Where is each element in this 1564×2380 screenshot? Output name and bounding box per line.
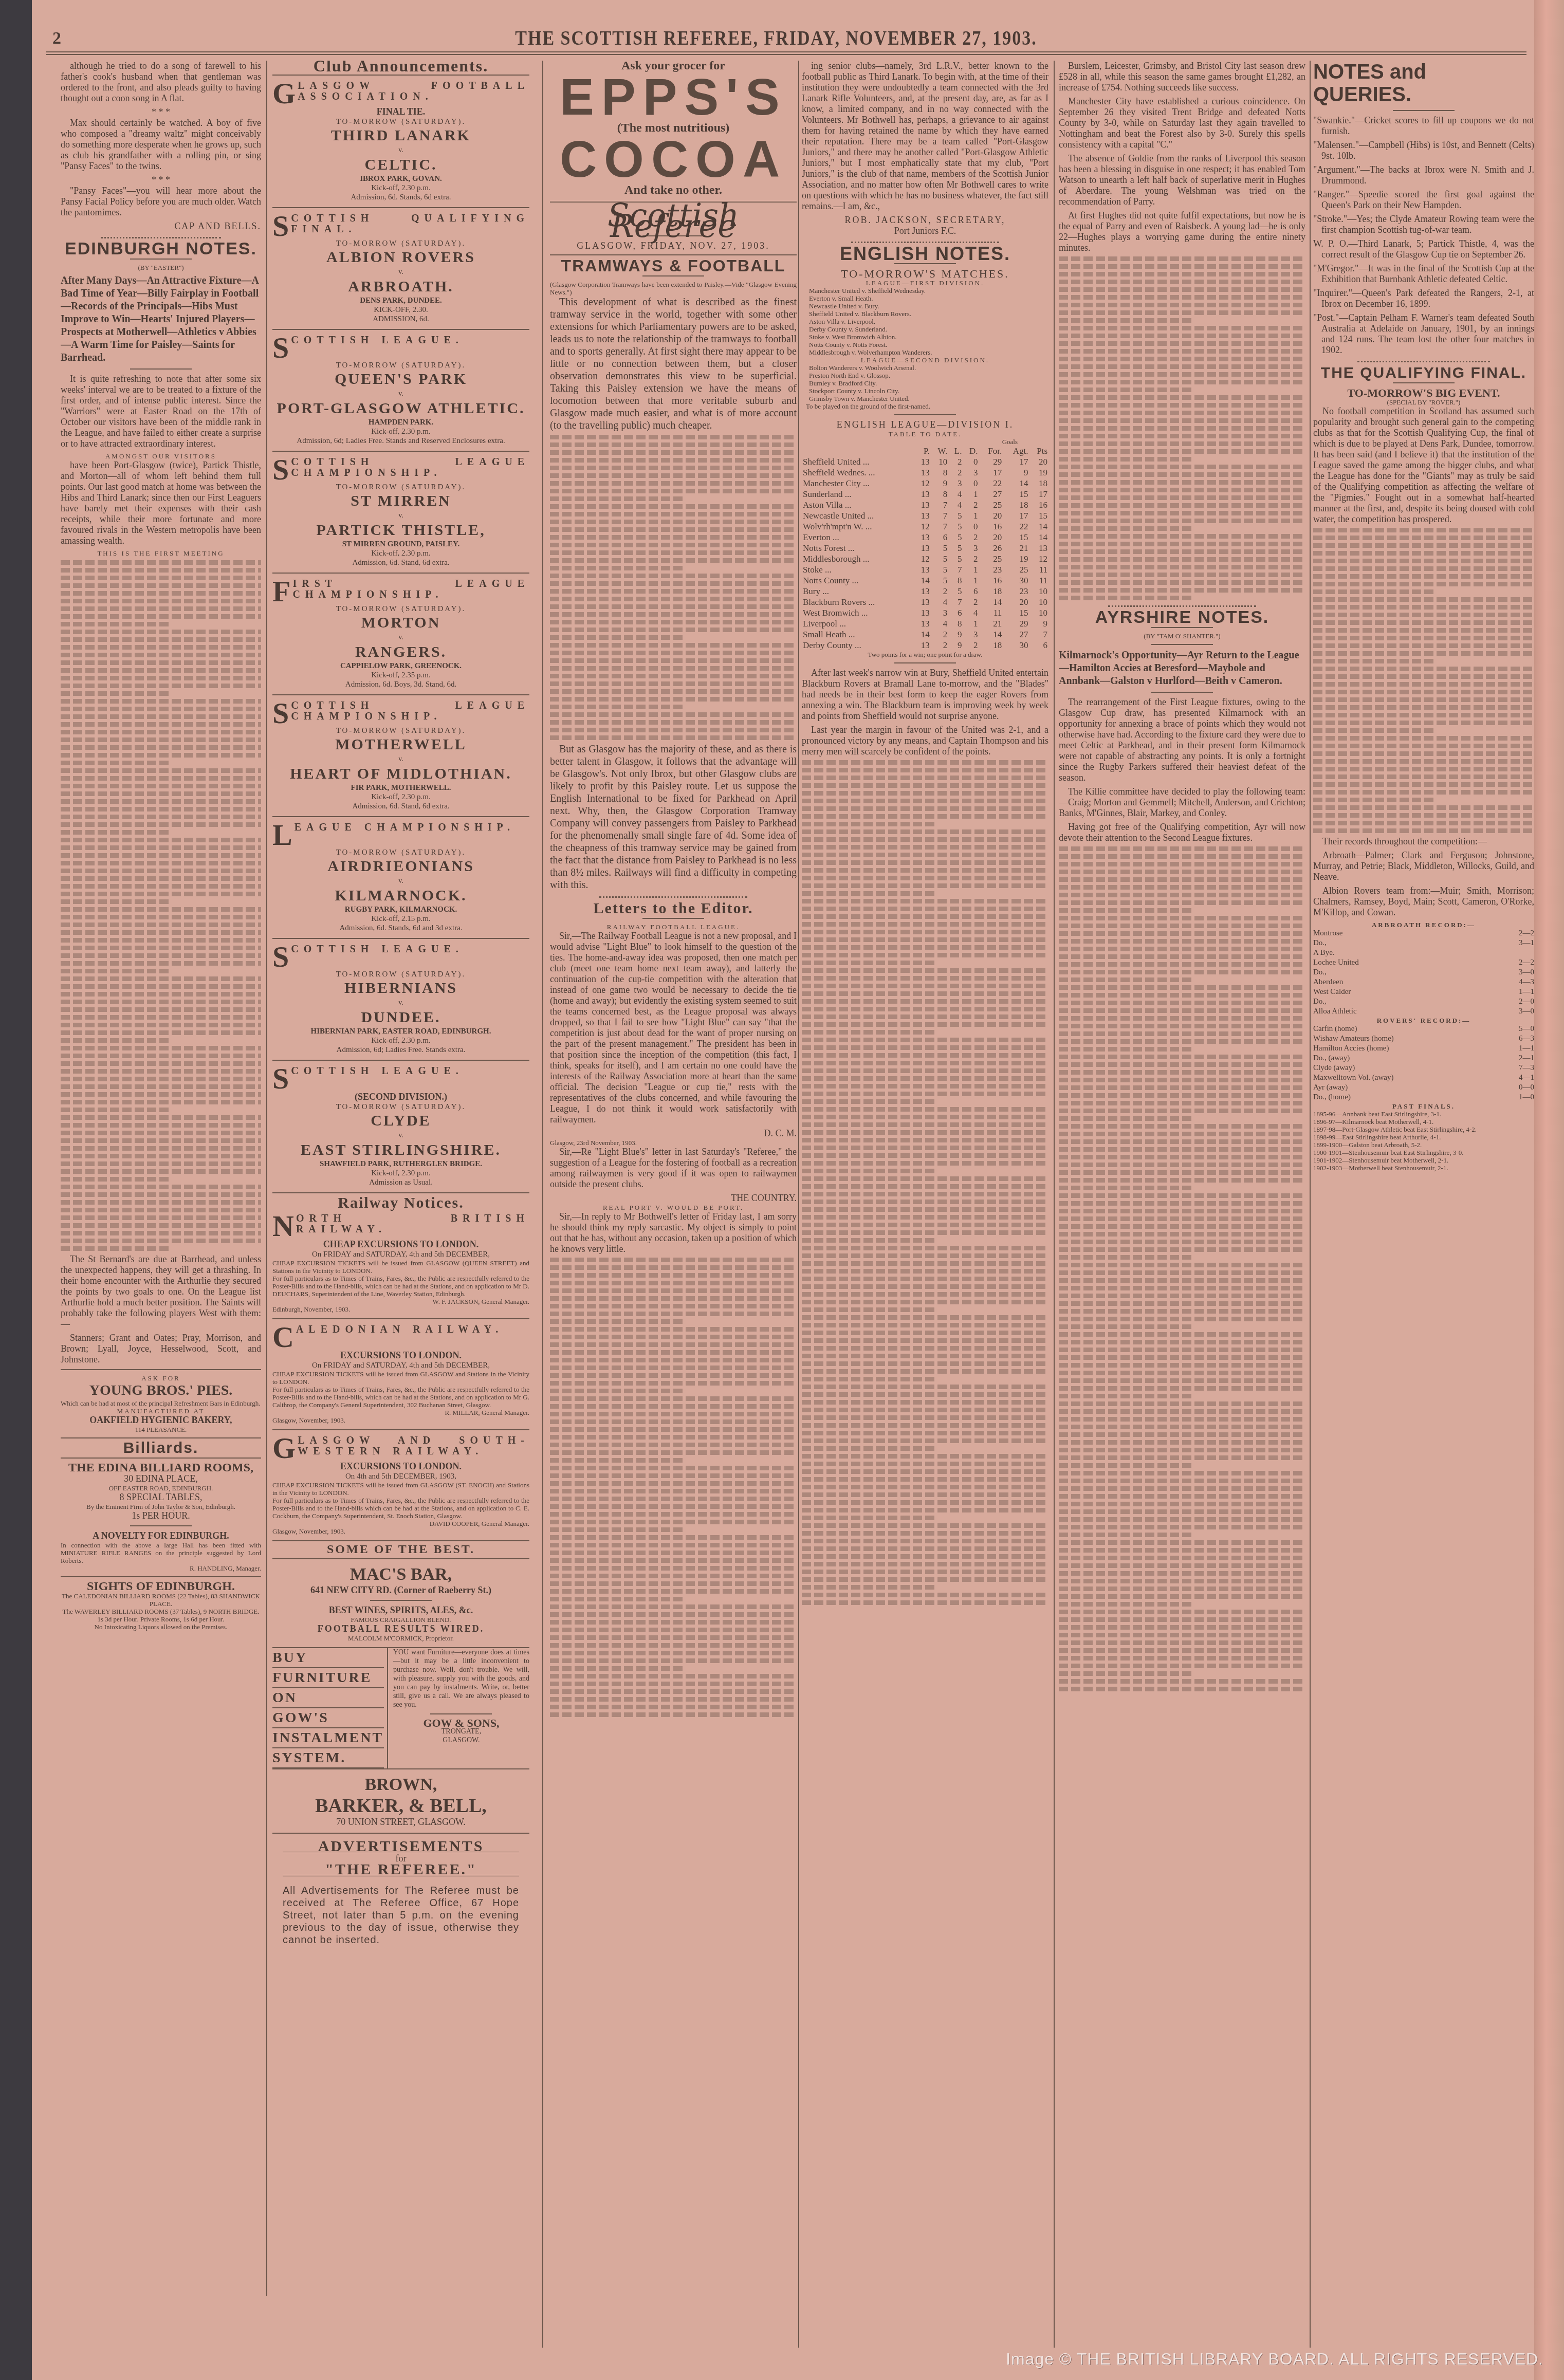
text-line (1059, 924, 1305, 928)
opponent: Alloa Athletic (1313, 1007, 1357, 1017)
text-line (802, 991, 1048, 996)
stat-cell: 2 (931, 629, 948, 640)
record-row: Do.,3—1 (1313, 938, 1534, 948)
stat-cell: 15 (1003, 532, 1029, 543)
table-row: Bury ...13256182310 (802, 586, 1048, 597)
text-line (802, 1284, 1048, 1289)
fixture-ad: FIRST LEAGUE CHAMPIONSHIP.TO-MORROW (SAT… (272, 574, 529, 695)
section-title-tramways: TRAMWAYS & FOOTBALL (550, 261, 797, 271)
text-line (1059, 1579, 1305, 1583)
text-line (1059, 1417, 1305, 1422)
text-line (1313, 790, 1534, 795)
text-line (550, 728, 797, 732)
text-line (550, 1304, 797, 1308)
stat-cell: 3 (963, 629, 979, 640)
text-line (61, 1169, 261, 1174)
text-line (1313, 751, 1534, 756)
text-line (1059, 1070, 1305, 1075)
text-line (802, 799, 1048, 803)
text-line (61, 1177, 171, 1182)
text-line (550, 1512, 797, 1517)
text-line (1059, 862, 1305, 866)
text-line (802, 1508, 1048, 1512)
ad-pies-note: Which can be had at most of the principa… (61, 1399, 261, 1407)
query-item: "Ranger."—Speedie scored the first goal … (1313, 189, 1534, 211)
text-line (61, 560, 261, 565)
fixture-when: TO-MORROW (SATURDAY). (272, 117, 529, 126)
text-line (1059, 877, 1305, 882)
text-line (1059, 542, 1305, 546)
text-line (1059, 372, 1305, 377)
stat-cell: 25 (979, 500, 1003, 510)
fixture-subtitle: FINAL TIE. (272, 106, 529, 117)
divider (101, 237, 221, 238)
letter-date: Glasgow, 23rd November, 1903. (550, 1139, 797, 1147)
text-line (1059, 341, 1305, 346)
fixture-when: TO-MORROW (SATURDAY). (272, 970, 529, 979)
text-line (61, 838, 261, 842)
team-name: Newcastle United ... (802, 510, 914, 521)
opponent: Maxwelltown Vol. (away) (1313, 1073, 1394, 1083)
divider (1151, 627, 1213, 628)
text-line (1059, 411, 1305, 415)
text-line (1059, 495, 1305, 500)
gow-slogan: BUYFURNITUREONGOW'SINSTALMENTSYSTEM. (272, 1648, 388, 1768)
section-title-english-notes: ENGLISH NOTES. (802, 248, 1048, 259)
text-line (802, 899, 1048, 903)
ad-brown-barker-bell: BROWN, BARKER, & BELL, 70 UNION STREET, … (272, 1769, 529, 1834)
table-row: Notts Forest ...13553262113 (802, 543, 1048, 554)
record-row: Montrose2—2 (1313, 929, 1534, 938)
fixture-header: SCOTTISH LEAGUE. (272, 1066, 529, 1092)
text-line (1313, 659, 1435, 663)
text-line (802, 1585, 937, 1590)
article-body (802, 760, 1048, 1605)
text-line (1059, 272, 1305, 276)
stat-cell: 8 (948, 618, 963, 629)
divider (642, 275, 704, 276)
column-divider (542, 61, 543, 2348)
table-row: Small Heath ...1429314277 (802, 629, 1048, 640)
text-line (1059, 1031, 1305, 1036)
text-line (802, 837, 1048, 842)
text-line (550, 1281, 797, 1285)
text-line (1313, 543, 1534, 548)
fixture-home-team: AIRDRIEONIANS (272, 857, 529, 876)
gow-city: GLASGOW. (393, 1736, 529, 1745)
record-row: Do., (home)1—0 (1313, 1093, 1534, 1102)
text-line (61, 668, 261, 673)
text-line (1059, 565, 1305, 569)
versus: v. (272, 510, 529, 521)
text-line (1059, 1324, 1194, 1329)
text-line (1059, 1440, 1305, 1445)
text-line (1313, 613, 1534, 617)
paragraph: The rearrangement of the First League fi… (1059, 697, 1305, 783)
text-line (61, 776, 261, 781)
stat-cell: 1 (963, 575, 979, 586)
text-line (550, 1389, 686, 1393)
text-line (1059, 334, 1305, 338)
text-line (1059, 900, 1305, 905)
versus: v. (272, 754, 529, 765)
record-row: Wishaw Amateurs (home)6—3 (1313, 1034, 1534, 1044)
text-line (1059, 588, 1305, 593)
stat-cell: 18 (1029, 478, 1048, 489)
text-line (1313, 566, 1534, 571)
drop-cap: S (272, 1066, 289, 1092)
railway-signed: W. F. JACKSON, General Manager. (272, 1298, 529, 1305)
byline: (SPECIAL BY "ROVER.") (1313, 398, 1534, 406)
text-line (1059, 526, 1194, 531)
stat-cell: 13 (914, 607, 931, 618)
gow-slogan-line: SYSTEM. (272, 1748, 384, 1768)
text-line (802, 1361, 1048, 1366)
text-line (1059, 1486, 1305, 1491)
record-row: West Calder1—1 (1313, 987, 1534, 997)
text-line (802, 1200, 1048, 1204)
query-item: "M'Gregor."—It was in the final of the S… (1313, 263, 1534, 285)
text-line (1313, 628, 1534, 633)
text-line (61, 645, 261, 650)
team-name: Stoke ... (802, 564, 914, 575)
text-line (1059, 1540, 1305, 1545)
text-line (550, 1366, 797, 1370)
stat-cell: 5 (948, 510, 963, 521)
text-line (802, 930, 1048, 934)
text-line (550, 550, 797, 555)
text-line (550, 1589, 797, 1594)
text-line (550, 1481, 797, 1486)
score: 3—0 (1519, 1007, 1534, 1017)
fixture-header: GLASGOW FOOTBALL ASSOCIATION. (272, 81, 529, 106)
text-line (1059, 1124, 1305, 1129)
team-name: Small Heath ... (802, 629, 914, 640)
stat-cell: 14 (979, 629, 1003, 640)
table-row: Newcastle United ...13751201715 (802, 510, 1048, 521)
fixture-home-team: ST MIRREN (272, 492, 529, 510)
text-line (61, 637, 261, 642)
text-line (550, 589, 797, 594)
past-finals-title: PAST FINALS. (1313, 1102, 1534, 1110)
table-row: West Bromwich ...13364111510 (802, 607, 1048, 618)
copyright-watermark: Image © THE BRITISH LIBRARY BOARD. ALL R… (1006, 2350, 1543, 2369)
text-line (550, 720, 797, 725)
text-line (1313, 821, 1534, 825)
text-line (802, 1500, 1048, 1505)
railway-name: LASGOW AND SOUTH-WESTERN RAILWAY. (298, 1435, 529, 1457)
versus: v. (272, 145, 529, 156)
text-line (1059, 1055, 1305, 1059)
stat-cell: 26 (979, 543, 1003, 554)
team-name: Sunderland ... (802, 489, 914, 500)
billiards-address-2: OFF EASTER ROAD, EDINBURGH. (61, 1484, 261, 1492)
table-row: Liverpool ...1348121299 (802, 618, 1048, 629)
stat-cell: 2 (963, 597, 979, 607)
paragraph: "Pansy Faces"—you will hear more about t… (61, 186, 261, 218)
stat-cell: 27 (979, 489, 1003, 500)
fixture-competition: COTTISH LEAGUE. (291, 1066, 464, 1077)
stat-cell: 27 (1003, 629, 1029, 640)
record-row: A Bye. (1313, 948, 1534, 958)
text-line (802, 968, 1048, 973)
divider (894, 662, 956, 663)
past-final: 1901-1902—Stenhousemuir beat Motherwell,… (1313, 1156, 1534, 1164)
fixture-header: SCOTTISH LEAGUE. (272, 335, 529, 361)
text-line (1059, 1355, 1305, 1360)
paragraph: After last week's narrow win at Bury, Sh… (802, 668, 1048, 722)
text-line (1313, 782, 1534, 787)
score: 1—0 (1519, 1093, 1534, 1102)
text-line (550, 1473, 797, 1478)
brown-address: 70 UNION STREET, GLASGOW. (272, 1817, 529, 1828)
text-line (802, 1161, 1048, 1166)
text-line (1059, 1232, 1305, 1237)
table-header: For. (979, 446, 1003, 456)
text-line (61, 1054, 261, 1058)
text-line (1059, 573, 1305, 577)
text-line (61, 899, 171, 904)
text-line (61, 1146, 261, 1151)
fixture-when: TO-MORROW (SATURDAY). (272, 848, 529, 857)
stat-cell: 0 (963, 456, 979, 467)
paragraph: Sir,—In reply to Mr Bothwell's letter of… (550, 1211, 797, 1254)
text-line (550, 1350, 797, 1355)
score: 2—2 (1519, 929, 1534, 938)
cap-and-bells-article: although he tried to do a song of farewe… (61, 61, 261, 218)
text-line (61, 1092, 261, 1097)
stat-cell: 17 (1003, 456, 1029, 467)
text-line (1059, 280, 1305, 284)
text-line (61, 915, 261, 919)
novelty-text: In connection with the above a large Hal… (61, 1541, 261, 1564)
text-line (61, 1023, 261, 1027)
text-line (550, 1312, 797, 1316)
letter-club: Port Juniors F.C. (802, 226, 1048, 236)
text-line (1059, 426, 1305, 431)
drop-cap: S (272, 457, 289, 483)
paragraph: The Killie committee have decided to pla… (1059, 786, 1305, 819)
divider (61, 1369, 261, 1370)
team-name: Liverpool ... (802, 618, 914, 629)
stat-cell: 13 (914, 467, 931, 478)
text-line (61, 599, 261, 603)
railway-details: For full particulars as to Times of Trai… (272, 1386, 529, 1409)
divider (894, 414, 956, 415)
fixture-admission: Admission, 6d. Stand, 6d extra. (272, 802, 529, 811)
paragraph: No football competition in Scotland has … (1313, 406, 1534, 525)
text-line (61, 1077, 261, 1081)
text-line (550, 458, 797, 463)
stat-cell: 5 (948, 532, 963, 543)
text-line (802, 1577, 1048, 1582)
text-line (550, 1674, 797, 1678)
fixture-when: TO-MORROW (SATURDAY). (272, 361, 529, 370)
text-line (802, 1246, 1048, 1250)
divider (130, 1525, 192, 1526)
score: 2—1 (1519, 1054, 1534, 1063)
article-body (1059, 256, 1305, 600)
paragraph: ing senior clubs—namely, 3rd L.R.V., bet… (802, 61, 1048, 212)
text-line (1059, 970, 1305, 974)
gow-slogan-line: ON (272, 1688, 384, 1708)
text-line (1313, 721, 1534, 725)
text-line (550, 1458, 686, 1463)
text-line (550, 1635, 797, 1640)
column-divider (266, 61, 267, 2296)
text-line (1059, 1263, 1305, 1267)
text-line (802, 1516, 937, 1520)
stat-cell: 14 (914, 575, 931, 586)
text-line (802, 1523, 1048, 1528)
table-row: Manchester City ...12930221418 (802, 478, 1048, 489)
text-line (61, 1007, 261, 1012)
text-line (61, 653, 261, 657)
versus: v. (272, 632, 529, 643)
stat-cell: 14 (1029, 532, 1048, 543)
text-line (550, 1396, 797, 1401)
text-line (61, 622, 171, 626)
fixture-kickoff: Kick-off, 2.30 p.m. (272, 427, 529, 436)
text-line (61, 992, 261, 997)
paragraph: Having got free of the Qualifying compet… (1059, 822, 1305, 843)
versus: v. (272, 998, 529, 1008)
fixture-line: Sheffield United v. Blackburn Rovers. (809, 310, 1048, 318)
text-line (550, 1551, 797, 1555)
stat-cell: 22 (1003, 521, 1029, 532)
text-line (1059, 418, 1305, 423)
railway-dated: Glasgow, November, 1903. (272, 1416, 529, 1424)
text-line (1059, 1001, 1305, 1005)
sights-line: The CALEDONIAN BILLIARD ROOMS (22 Tables… (61, 1592, 261, 1608)
stat-cell: 4 (931, 597, 948, 607)
score: 3—0 (1519, 968, 1534, 977)
text-line (550, 651, 797, 655)
text-line (61, 869, 261, 873)
stat-cell: 10 (1029, 586, 1048, 597)
text-line (61, 614, 261, 619)
gow-slogan-line: BUY (272, 1648, 384, 1668)
stat-cell: 21 (979, 618, 1003, 629)
fixture-when: TO-MORROW (SATURDAY). (272, 483, 529, 492)
text-line (1059, 1633, 1305, 1637)
text-line (1059, 549, 1305, 554)
text-line (802, 976, 1048, 981)
text-line (802, 1562, 1048, 1566)
text-line (1059, 1147, 1305, 1152)
stat-cell: 21 (1003, 543, 1029, 554)
text-line (802, 1107, 1048, 1112)
text-line (1059, 1594, 1305, 1599)
text-line (1059, 1216, 1305, 1221)
text-line (1059, 472, 1305, 477)
text-line (1059, 1193, 1305, 1198)
text-line (550, 535, 797, 540)
stat-cell: 13 (1029, 543, 1048, 554)
text-line (802, 1331, 1048, 1335)
railway-headline: CHEAP EXCURSIONS TO LONDON. (272, 1239, 529, 1250)
stat-cell: 15 (1003, 607, 1029, 618)
text-line (61, 737, 261, 742)
page-number: 2 (52, 29, 62, 48)
text-line (550, 1435, 797, 1440)
divider (1151, 644, 1213, 645)
paragraph: But as Glasgow has the majority of these… (550, 743, 797, 891)
text-line (550, 612, 797, 617)
stat-cell: 20 (979, 532, 1003, 543)
text-line (550, 1296, 797, 1301)
stat-cell: 16 (979, 521, 1003, 532)
letter-sign: THE COUNTRY. (550, 1193, 797, 1204)
railway-name: ORTH BRITISH RAILWAY. (296, 1213, 529, 1235)
stat-cell: 1 (963, 489, 979, 500)
record-row: Clyde (away)7—3 (1313, 1063, 1534, 1073)
ads-title: ADVERTISEMENTS (283, 1841, 519, 1853)
text-line (1059, 1448, 1305, 1452)
stat-cell: 0 (963, 521, 979, 532)
text-line (550, 1581, 797, 1586)
text-line (550, 1342, 797, 1347)
text-line (802, 876, 1048, 880)
stat-cell: 2 (963, 554, 979, 564)
stat-cell: 4 (963, 607, 979, 618)
text-line (1059, 1062, 1305, 1067)
text-line (1059, 1332, 1305, 1337)
byline: (BY "TAM O' SHANTER.") (1059, 632, 1305, 640)
score: 1—1 (1519, 987, 1534, 997)
stat-cell: 14 (914, 629, 931, 640)
record-row: Lochee United2—2 (1313, 958, 1534, 968)
fixture-ad: SCOTTISH LEAGUE CHAMPIONSHIP.TO-MORROW (… (272, 695, 529, 817)
stat-cell: 10 (1029, 597, 1048, 607)
fixture-competition: IRST LEAGUE CHAMPIONSHIP. (292, 579, 529, 600)
drop-cap: F (272, 579, 290, 604)
column-divider (1310, 61, 1311, 2348)
railway-details: For full particulars as to Times of Trai… (272, 1275, 529, 1298)
text-line (1313, 651, 1534, 656)
text-line (61, 745, 261, 750)
asterisms: * * * (61, 175, 261, 186)
stat-cell: 5 (948, 521, 963, 532)
text-line (802, 1415, 1048, 1420)
text-line (1059, 1224, 1305, 1229)
text-line (61, 791, 261, 796)
ad-pies-ask: ASK FOR (61, 1374, 261, 1382)
stat-cell: 5 (931, 543, 948, 554)
divider (642, 918, 704, 919)
text-line (550, 1504, 797, 1509)
fixture-line: Stoke v. West Bromwich Albion. (809, 333, 1048, 341)
text-line (550, 1643, 797, 1648)
section-title-notes-queries-2: QUERIES. (1313, 83, 1534, 106)
text-line (1059, 388, 1194, 392)
query-item: "Swankie."—Cricket scores to fill up cou… (1313, 115, 1534, 137)
text-line (61, 1084, 261, 1089)
text-line (802, 1022, 1048, 1027)
versus: v. (272, 389, 529, 399)
text-line (1313, 728, 1435, 733)
team-list: Stanners; Grant and Oates; Pray, Morriso… (61, 1333, 261, 1365)
text-line (802, 1462, 1048, 1466)
text-line (61, 953, 261, 958)
text-line (550, 520, 797, 524)
billiards-rate: 1s PER HOUR. (61, 1510, 261, 1521)
text-line (1059, 1278, 1305, 1283)
text-line (1059, 1078, 1305, 1082)
paragraph: The absence of Goldie from the ranks of … (1059, 153, 1305, 207)
text-line (1059, 1132, 1305, 1136)
stat-cell: 6 (963, 586, 979, 597)
